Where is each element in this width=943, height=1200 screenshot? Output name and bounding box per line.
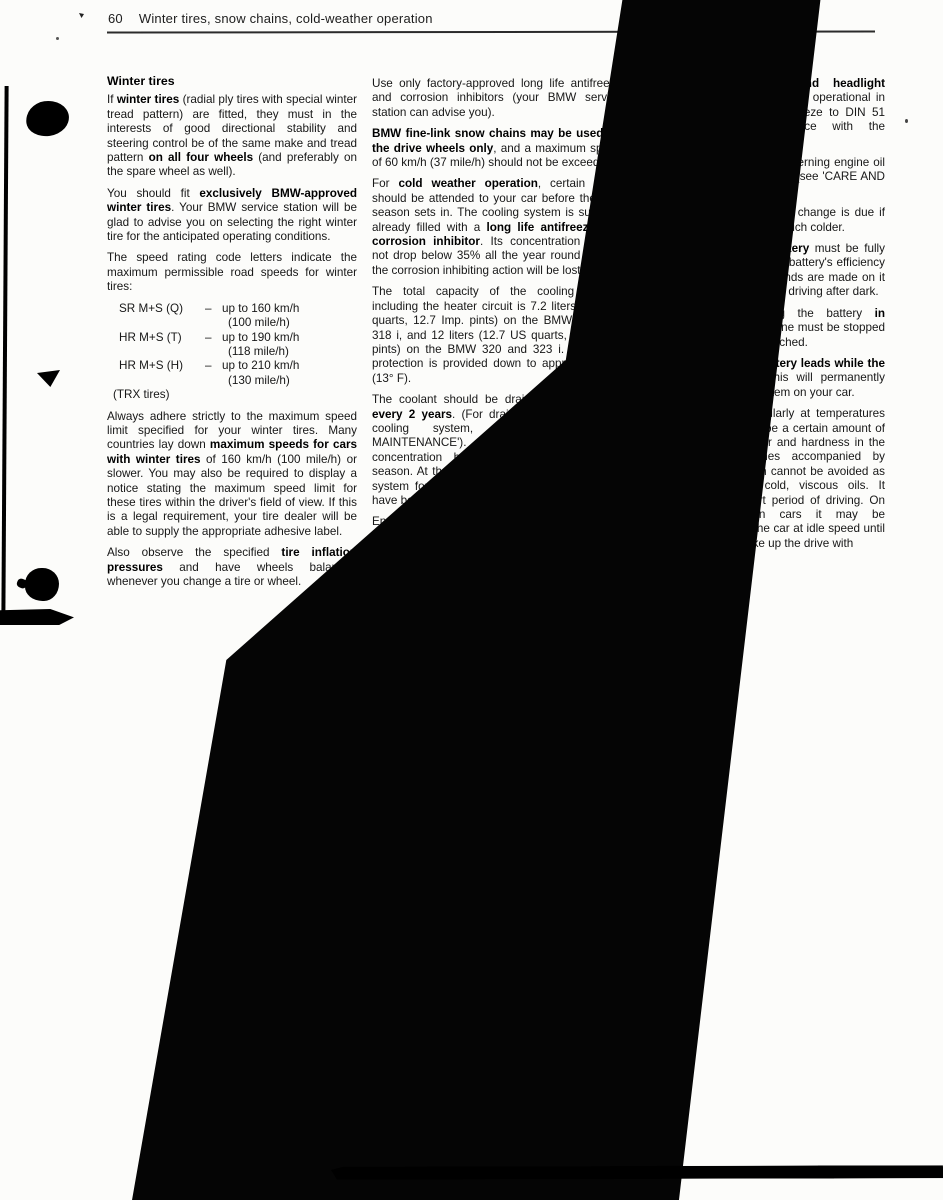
text-column-1: Winter tiresIf winter tires (radial ply …: [107, 74, 357, 596]
speed-mph: (118 mile/h): [222, 345, 357, 359]
page-number: 60: [108, 11, 123, 26]
speed-list-footer: (TRX tires): [107, 388, 357, 402]
speed-rating-row: SR M+S (Q)–up to 160 km/h(100 mile/h): [107, 302, 357, 331]
speed-kmh: up to 160 km/h: [222, 302, 357, 316]
speed-value: up to 160 km/h(100 mile/h): [222, 302, 357, 331]
speed-kmh: up to 190 km/h: [222, 331, 357, 345]
paragraph: Use only factory-approved long life anti…: [372, 77, 622, 120]
speed-kmh: up to 210 km/h: [222, 359, 357, 373]
scan-speck: [56, 37, 59, 40]
dash: –: [205, 359, 222, 388]
scan-ink-blob: [25, 568, 59, 601]
page-title: Winter tires, snow chains, cold-weather …: [139, 11, 433, 26]
speed-rating-list: SR M+S (Q)–up to 160 km/h(100 mile/h)HR …: [107, 302, 357, 403]
dash: –: [205, 302, 222, 331]
paragraph: BMW fine-link snow chains may be used on…: [372, 127, 622, 170]
speed-code: HR M+S (H): [107, 359, 205, 388]
paragraph: If winter tires (radial ply tires with s…: [107, 93, 357, 179]
scan-speck: [79, 13, 84, 18]
speed-value: up to 210 km/h(130 mile/h): [222, 359, 357, 388]
scan-wedge-mark: [0, 609, 74, 625]
speed-code: SR M+S (Q): [107, 302, 205, 331]
scan-speck: [905, 119, 908, 123]
speed-rating-row: HR M+S (T)–up to 190 km/h(118 mile/h): [107, 331, 357, 360]
paragraph: The speed rating code letters indicate t…: [107, 251, 357, 294]
scan-bar-bottom: [331, 1165, 943, 1180]
page-header: 60Winter tires, snow chains, cold-weathe…: [108, 11, 433, 26]
section-heading: Winter tires: [107, 74, 357, 88]
speed-mph: (130 mile/h): [222, 374, 357, 388]
speed-rating-row: HR M+S (H)–up to 210 km/h(130 mile/h): [107, 359, 357, 388]
speed-mph: (100 mile/h): [222, 316, 357, 330]
paragraph: You should fit exclusively BMW-approved …: [107, 187, 357, 245]
scan-triangle-mark: [37, 370, 60, 387]
speed-code: HR M+S (T): [107, 331, 205, 360]
speed-value: up to 190 km/h(118 mile/h): [222, 331, 357, 360]
scanned-manual-page: 60Winter tires, snow chains, cold-weathe…: [0, 0, 943, 1200]
paragraph: Always adhere strictly to the maximum sp…: [107, 410, 357, 540]
dash: –: [205, 331, 222, 360]
